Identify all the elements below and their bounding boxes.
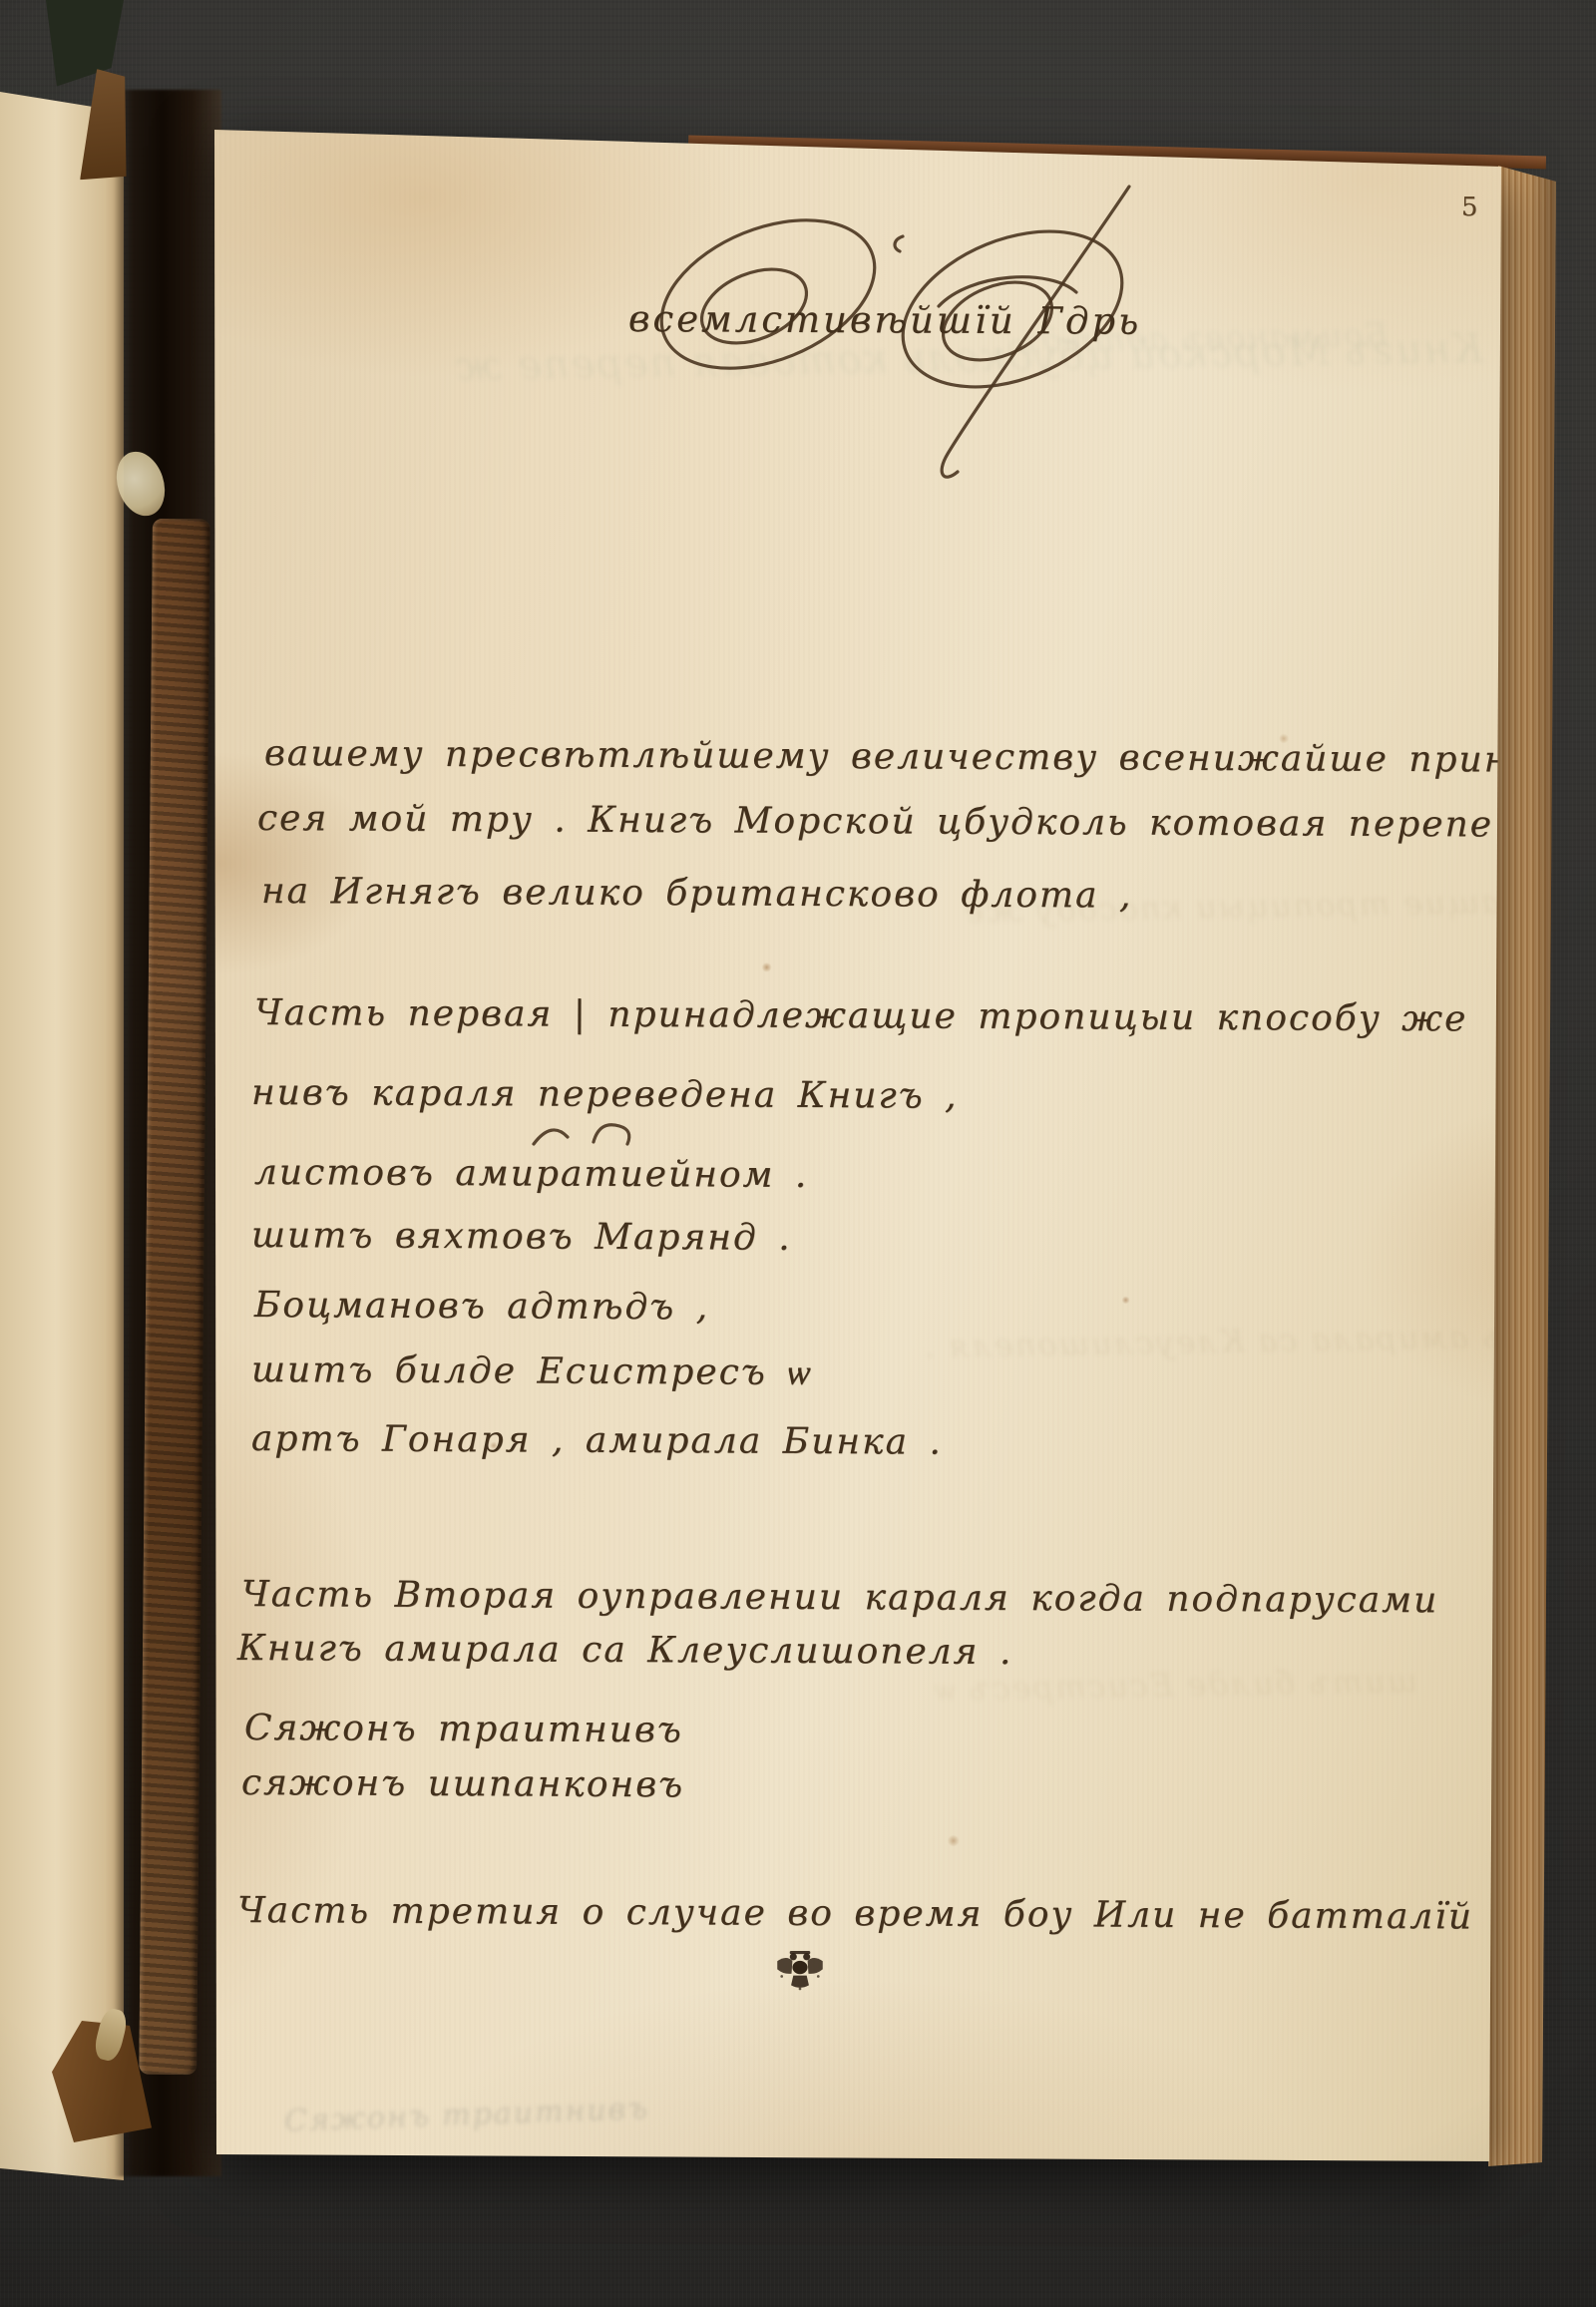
signal-line: Сяжонъ траитнивъ (244, 1708, 683, 1750)
contents-list-item: листовъ амиратиейном . (254, 1152, 809, 1196)
superscript-flourish-icon (524, 1112, 643, 1157)
contents-list-item: артъ Гонаря , амирала Бинка . (251, 1418, 943, 1463)
contents-list-item: шитъ вяхтовъ Марянд . (251, 1215, 792, 1259)
part-one-line: Часть первая | принадлежащие тропицыи кп… (254, 992, 1468, 1039)
part-two-line: Книгъ амирала са Клеуслишопеля . (237, 1628, 1013, 1673)
heading-most-gracious-sovereign: всемлстивѣйшїй Гдрь (628, 297, 1142, 343)
dedication-line: сея мой тру . Книгъ Морской цбудколь кот… (257, 798, 1557, 846)
part-two-line: Часть Вторая оуправлении караля когда по… (241, 1574, 1439, 1621)
contents-list-item: Боцмановъ адтѣдъ , (254, 1285, 709, 1328)
part-three-line: Часть третия о случае во время боу Или н… (237, 1890, 1473, 1937)
dedication-line: вашему пресвѣтлѣйшему величеству всенижа… (264, 733, 1592, 781)
signal-line: сяжонъ ишпанконвъ (241, 1762, 684, 1805)
manuscript-photo: сея мой тру . Книгъ Морской цбудколь кот… (0, 0, 1596, 2307)
dedication-line: на Игнягъ велико британсково флота , (261, 871, 1133, 917)
contents-list-item: шитъ билде Есистресъ ѡ (251, 1348, 813, 1393)
eagle-ink-stamp-icon (771, 1943, 829, 1997)
manuscript-page: сея мой тру . Книгъ Морской цбудколь кот… (135, 115, 1571, 2194)
part-one-line: нивъ караля переведена Книгъ , (251, 1072, 959, 1117)
folio-number: 5 (1461, 192, 1480, 222)
left-leaf-stub (0, 86, 124, 2186)
